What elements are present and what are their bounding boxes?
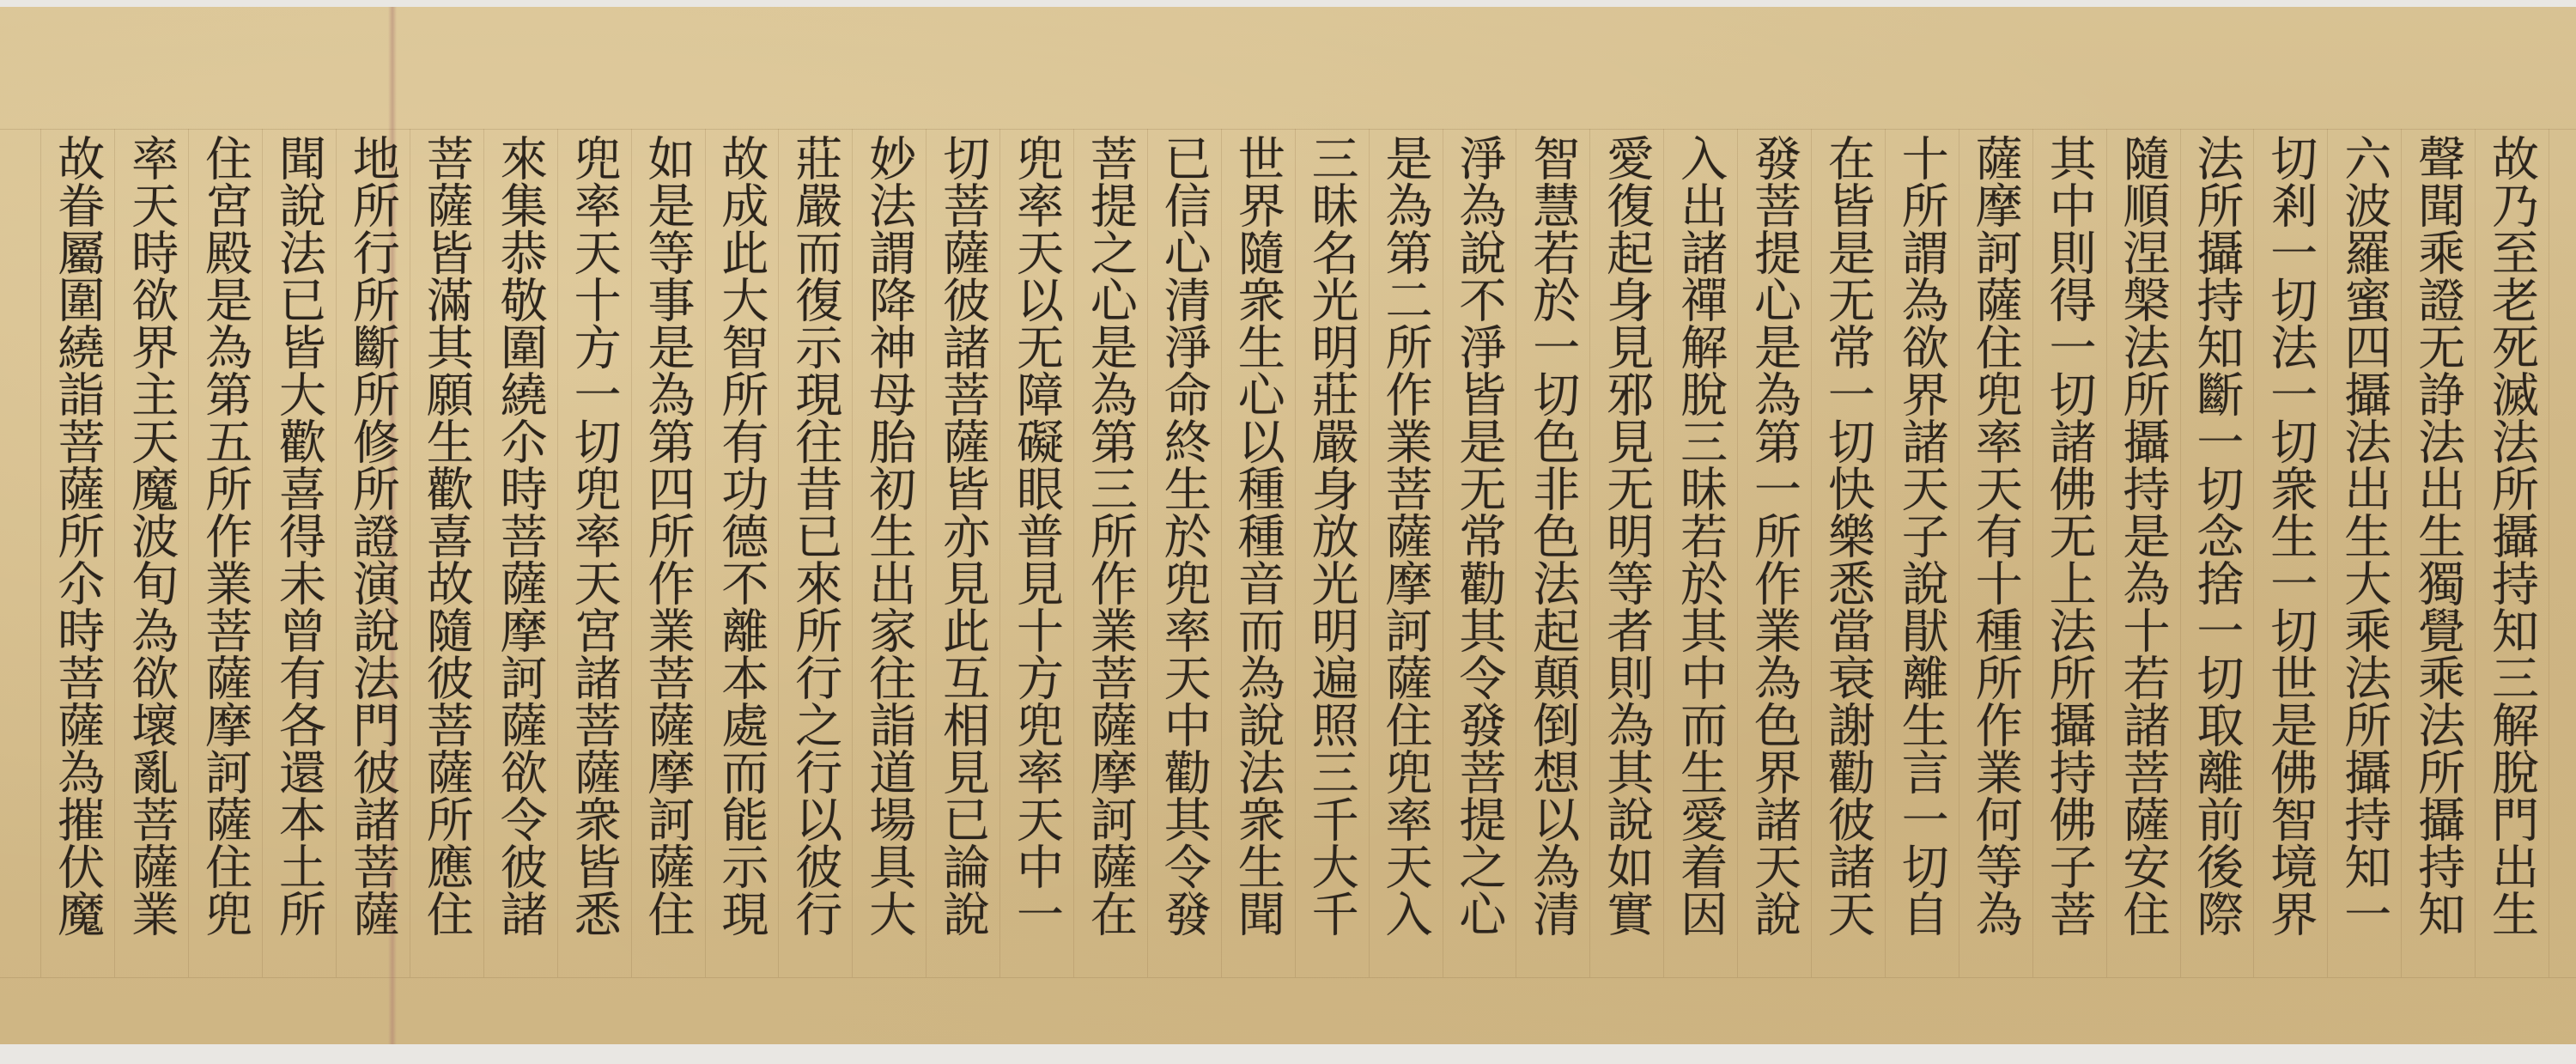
text-column: 故乃至老死滅法所攝持知三解脫門出生 [2477,134,2546,937]
column-ruling-line [1443,129,1443,977]
column-ruling-line [1737,129,1738,977]
column-ruling-line [2180,129,2181,977]
text-column: 在皆是无常一切快樂悉當衰謝勸彼諸天 [1814,134,1882,937]
text-column: 世界隨衆生心以種種音而為說法衆生聞 [1224,134,1292,937]
text-column: 薩摩訶薩住兜率天有十種所作業何等為 [1961,134,2030,937]
scroll-paper: 故乃至老死滅法所攝持知三解脫門出生 聲聞乘證无諍法出生獨覺乘法所攝持知 六波羅蜜… [0,7,2576,1044]
column-ruling-line [188,129,189,977]
text-column: 淨為說不淨皆是无常勸其令發菩提之心 [1444,134,1513,937]
column-ruling-line [1663,129,1664,977]
column-ruling-line [1959,129,1959,977]
column-ruling-line [2032,129,2033,977]
column-ruling-line [1295,129,1296,977]
text-column: 已信心清淨命終生於兜率天中勸其令發 [1150,134,1218,937]
column-ruling-line [926,129,927,977]
column-ruling-line [483,129,484,977]
text-column: 住宮殿是為第五所作業菩薩摩訶薩住兜 [191,134,259,937]
column-ruling-line [2401,129,2402,977]
text-column: 是為第二所作業菩薩摩訶薩住兜率天入 [1371,134,1440,937]
text-column: 愛復起身見邪見无明等者則為其說如實 [1592,134,1661,937]
text-column: 如是等事是為第四所作業菩薩摩訶薩住 [634,134,702,937]
text-column: 莊嚴而復示現往昔已來所行之行以彼行 [781,134,849,937]
text-column: 故眷屬圍繞詣菩薩所尒時菩薩為摧伏魔 [43,134,112,937]
column-ruling-line [1885,129,1886,977]
text-column: 三昧名光明莊嚴身放光明遍照三千大千 [1297,134,1366,937]
text-column: 來集恭敬圍繞尒時菩薩摩訶薩欲令彼諸 [486,134,555,937]
text-column: 菩薩皆滿其願生歡喜故隨彼菩薩所應住 [412,134,481,937]
text-column: 入出諸禪解脫三昧若於其中而生愛着因 [1666,134,1735,937]
column-ruling-line [1589,129,1590,977]
text-column: 故成此大智所有功德不離本處而能示現 [707,134,775,937]
text-column: 切菩薩彼諸菩薩皆亦見此互相見已論說 [928,134,997,937]
column-ruling-line [40,129,41,977]
text-column: 切剎一切法一切衆生一切世是佛智境界 [2256,134,2324,937]
column-ruling-line [852,129,853,977]
column-ruling-line [2549,129,2549,977]
column-ruling-line [557,129,558,977]
column-ruling-line [1073,129,1074,977]
text-column: 地所行所斷所修所證演說法門彼諸菩薩 [338,134,407,937]
column-ruling-line [1516,129,1516,977]
column-ruling-line [262,129,263,977]
bottom-margin-rule [0,977,2576,978]
text-column: 發菩提心是為第一所作業為色界諸天說 [1740,134,1808,937]
column-ruling-line [2106,129,2107,977]
text-column: 率天時欲界主天魔波旬為欲壞亂菩薩業 [117,134,185,937]
column-ruling-line [1369,129,1370,977]
column-ruling-line [1221,129,1222,977]
column-ruling-line [114,129,115,977]
column-ruling-line [778,129,779,977]
text-column: 妙法謂降神母胎初生出家往詣道場具大 [854,134,923,937]
column-ruling-line [2475,129,2476,977]
column-ruling-line [1811,129,1812,977]
text-column: 聲聞乘證无諍法出生獨覺乘法所攝持知 [2403,134,2472,937]
column-ruling-line [2253,129,2254,977]
column-ruling-line [705,129,706,977]
text-column: 智慧若於一切色非色法起顛倒想以為清 [1518,134,1587,937]
column-ruling-line [2327,129,2328,977]
text-column: 隨順涅槃法所攝持是為十若諸菩薩安住 [2109,134,2178,937]
text-column: 六波羅蜜四攝法出生大乘法所攝持知一 [2330,134,2398,937]
top-margin-rule [0,129,2576,130]
text-column: 聞說法已皆大歡喜得未曾有各還本土所 [264,134,333,937]
text-column: 兜率天以无障礙眼普見十方兜率天中一 [1002,134,1071,937]
text-column: 兜率天十方一切兜率天宮諸菩薩衆皆悉 [560,134,629,937]
text-column: 其中則得一切諸佛无上法所攝持佛子菩 [2035,134,2104,937]
column-ruling-line [1147,129,1148,977]
column-ruling-line [999,129,1000,977]
column-ruling-line [410,129,410,977]
column-ruling-line [631,129,632,977]
text-column: 菩提之心是為第三所作業菩薩摩訶薩在 [1076,134,1145,937]
column-ruling-line [336,129,337,977]
text-column: 法所攝持知斷一切念捨一切取離前後際 [2182,134,2251,937]
text-column: 十所謂為欲界諸天子說猒離生言一切自 [1887,134,1956,937]
